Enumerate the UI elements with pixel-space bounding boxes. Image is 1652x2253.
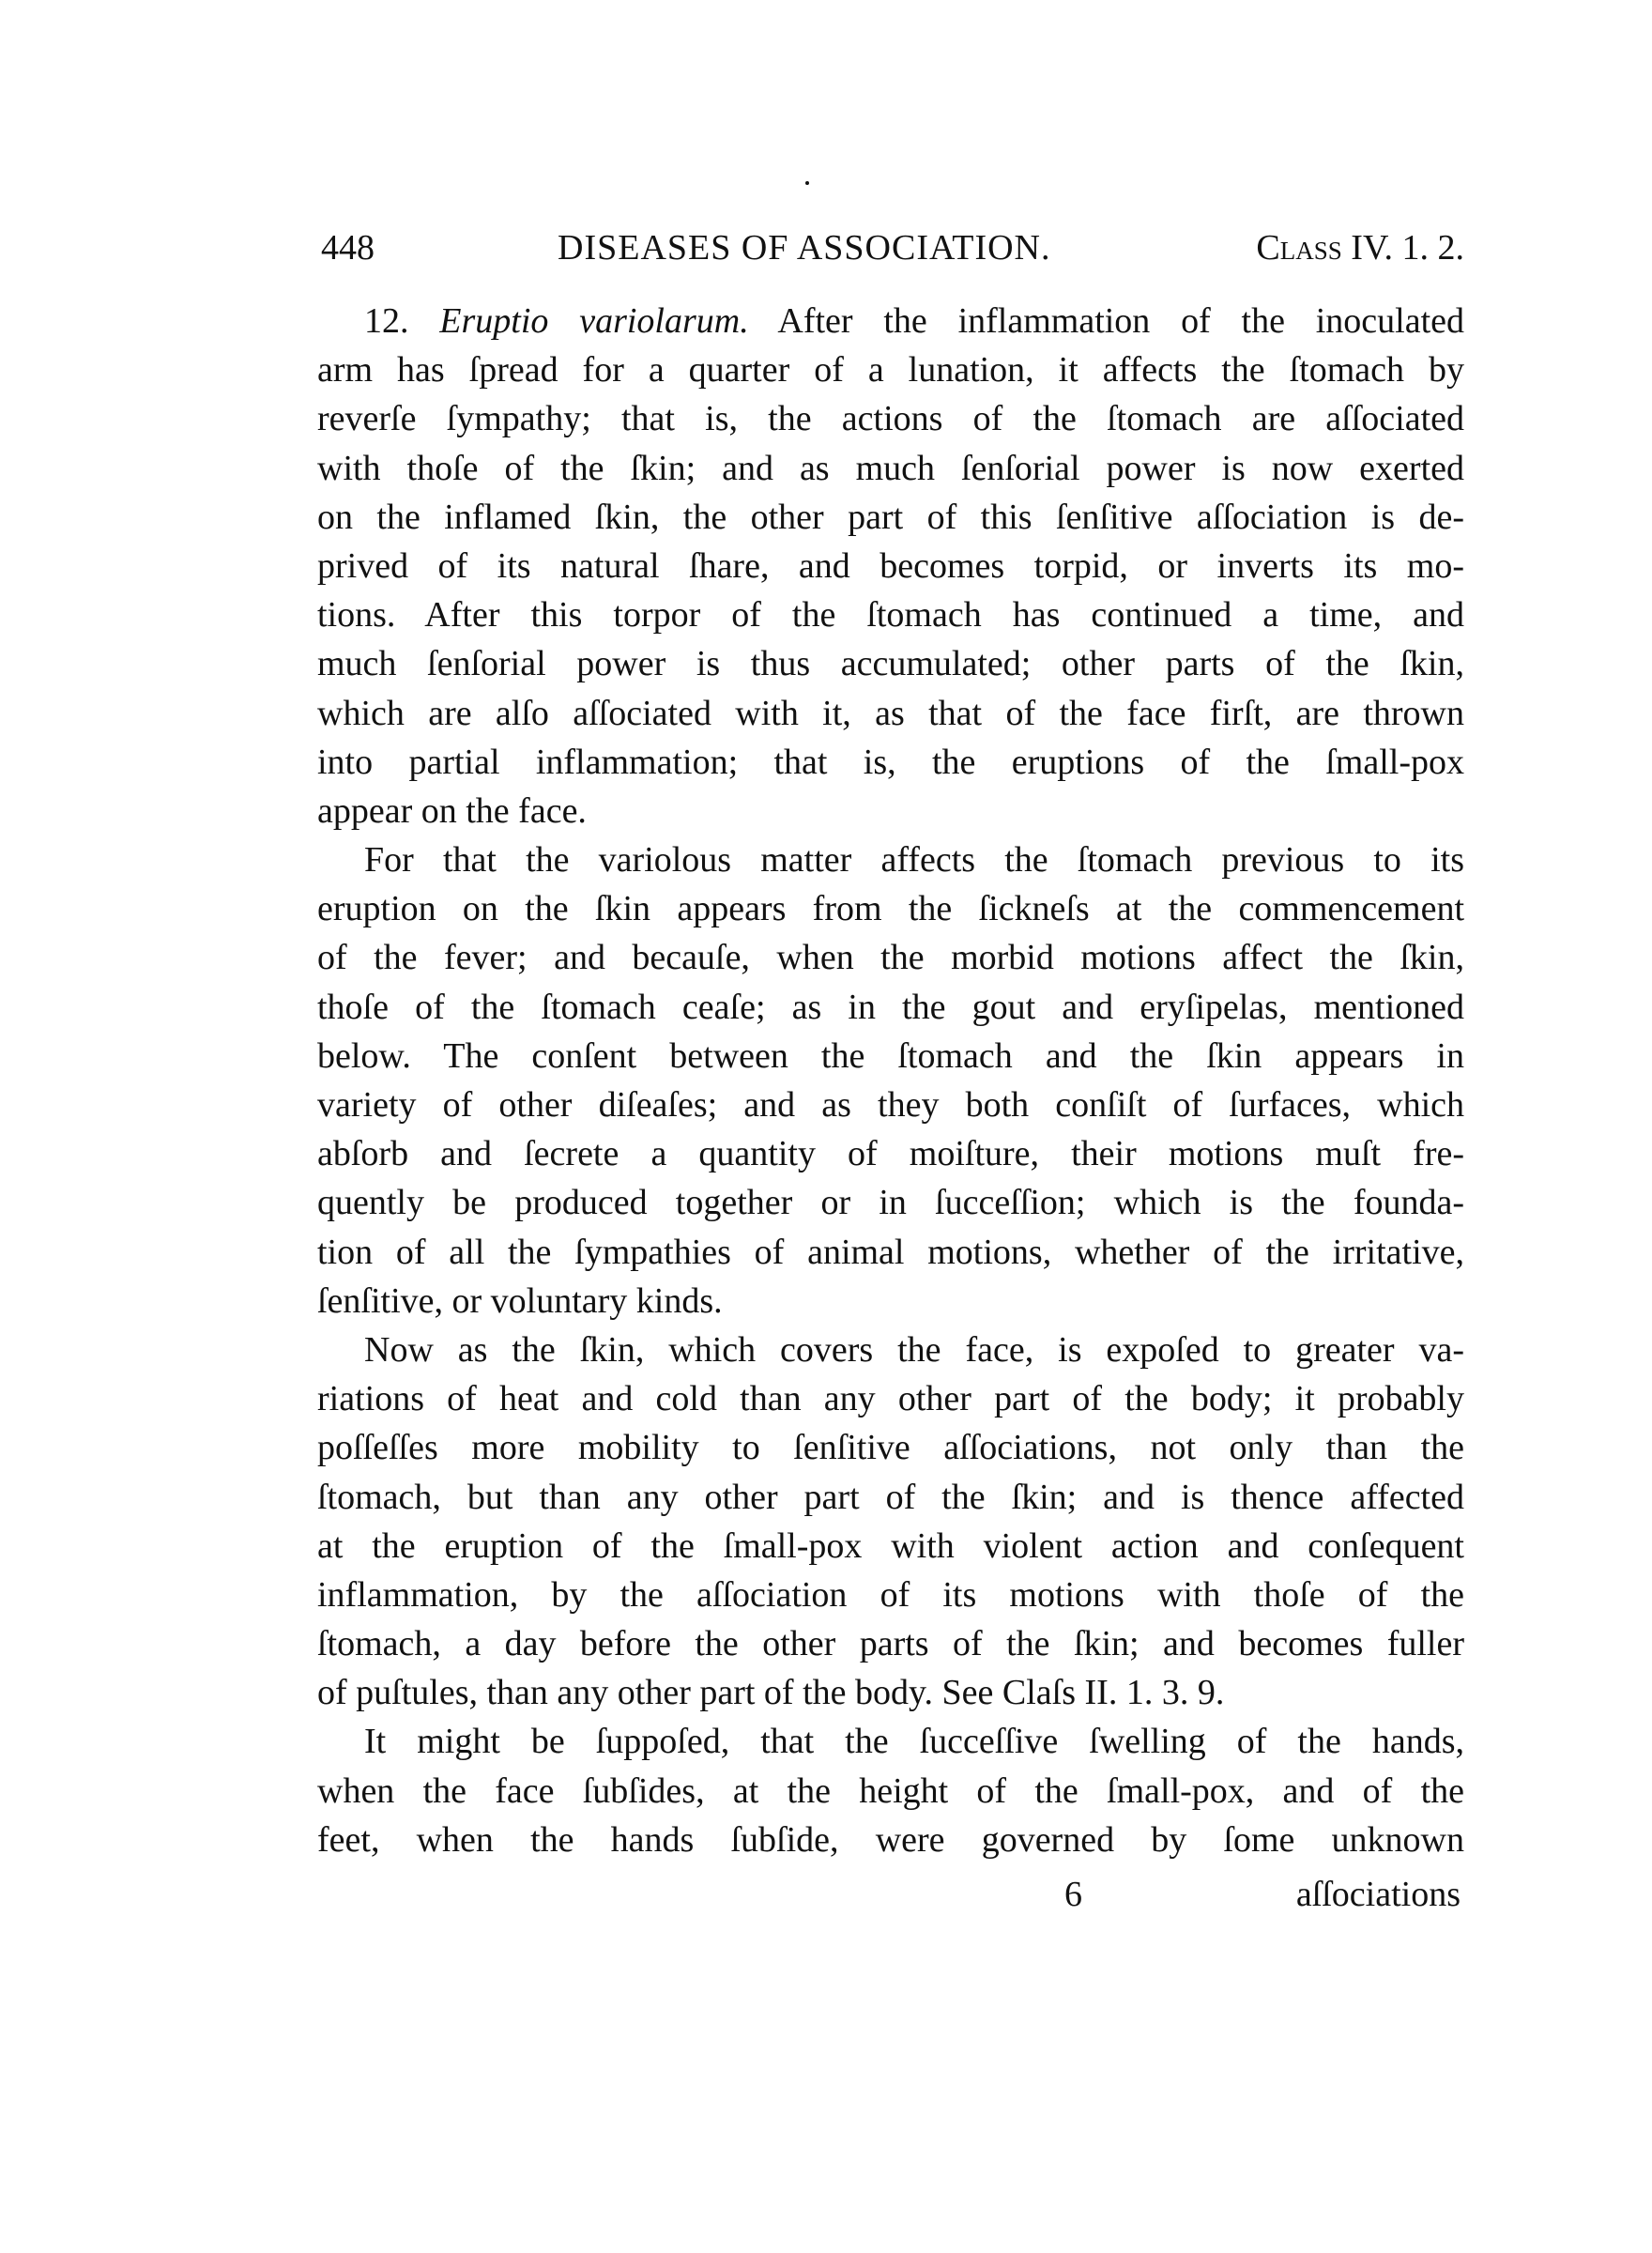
text-line: with thoſe of the ſkin; and as much ſenſ… bbox=[317, 444, 1464, 493]
text-line: eruption on the ſkin appears from the ſi… bbox=[317, 884, 1464, 933]
text-line: appear on the face. bbox=[317, 787, 1464, 835]
signature-mark: 6 bbox=[1064, 1870, 1082, 1919]
text-line: quently be produced together or in ſucce… bbox=[317, 1178, 1464, 1227]
print-speck bbox=[805, 181, 809, 185]
text-line: below. The conſent between the ſtomach a… bbox=[317, 1032, 1464, 1081]
class-label: Class bbox=[1256, 228, 1341, 268]
page-number: 448 bbox=[321, 227, 375, 268]
text-line: much ſenſorial power is thus accumulated… bbox=[317, 639, 1464, 688]
text-line: thoſe of the ſtomach ceaſe; as in the go… bbox=[317, 983, 1464, 1032]
section-number: 12. bbox=[364, 301, 409, 341]
text-line: tions. After this torpor of the ſtomach … bbox=[317, 590, 1464, 639]
text-line: which are alſo aſſociated with it, as th… bbox=[317, 689, 1464, 738]
text-line: 12. Eruptio variolarum. After the inflam… bbox=[317, 297, 1464, 345]
text-line: inflammation, by the aſſociation of its … bbox=[317, 1571, 1464, 1619]
running-head: 448 DISEASES OF ASSOCIATION. Class IV. 1… bbox=[317, 225, 1464, 278]
text-line: at the eruption of the ſmall-pox with vi… bbox=[317, 1522, 1464, 1571]
text-line: when the face ſubſides, at the height of… bbox=[317, 1767, 1464, 1816]
text-line: of puſtules, than any other part of the … bbox=[317, 1668, 1464, 1717]
text-line: ſenſitive, or voluntary kinds. bbox=[317, 1277, 1464, 1326]
catchword: aſſociations bbox=[1296, 1870, 1461, 1919]
paragraph-start: It might be ſuppoſed, that the ſucceſſiv… bbox=[317, 1717, 1464, 1766]
book-page: 448 DISEASES OF ASSOCIATION. Class IV. 1… bbox=[0, 0, 1652, 2253]
text-line: arm has ſpread for a quarter of a lunati… bbox=[317, 345, 1464, 394]
text-line: on the inflamed ſkin, the other part of … bbox=[317, 493, 1464, 542]
paragraph-start: Now as the ſkin, which covers the face, … bbox=[317, 1326, 1464, 1374]
paragraph-start: For that the variolous matter affects th… bbox=[317, 835, 1464, 884]
class-reference: Class IV. 1. 2. bbox=[1256, 227, 1464, 268]
text-line: ſtomach, a day before the other parts of… bbox=[317, 1619, 1464, 1668]
page-footer: 6 aſſociations bbox=[317, 1870, 1464, 1919]
text-line: reverſe ſympathy; that is, the actions o… bbox=[317, 394, 1464, 443]
text-line: abſorb and ſecrete a quantity of moiſtur… bbox=[317, 1129, 1464, 1178]
text-line: variety of other diſeaſes; and as they b… bbox=[317, 1081, 1464, 1129]
text-line: poſſeſſes more mobility to ſenſitive aſſ… bbox=[317, 1423, 1464, 1472]
body-text: 12. Eruptio variolarum. After the inflam… bbox=[317, 297, 1464, 1864]
text-line: prived of its natural ſhare, and becomes… bbox=[317, 542, 1464, 590]
text-line: of the fever; and becauſe, when the morb… bbox=[317, 933, 1464, 982]
running-title: DISEASES OF ASSOCIATION. bbox=[558, 227, 1050, 268]
section-heading: Eruptio variolarum. bbox=[439, 301, 748, 341]
text-line: feet, when the hands ſubſide, were gover… bbox=[317, 1816, 1464, 1864]
text-line: riations of heat and cold than any other… bbox=[317, 1374, 1464, 1423]
class-number: IV. 1. 2. bbox=[1351, 228, 1464, 268]
text-line: ſtomach, but than any other part of the … bbox=[317, 1473, 1464, 1522]
text-line: tion of all the ſympathies of animal mot… bbox=[317, 1228, 1464, 1277]
text-line: into partial inflammation; that is, the … bbox=[317, 738, 1464, 787]
